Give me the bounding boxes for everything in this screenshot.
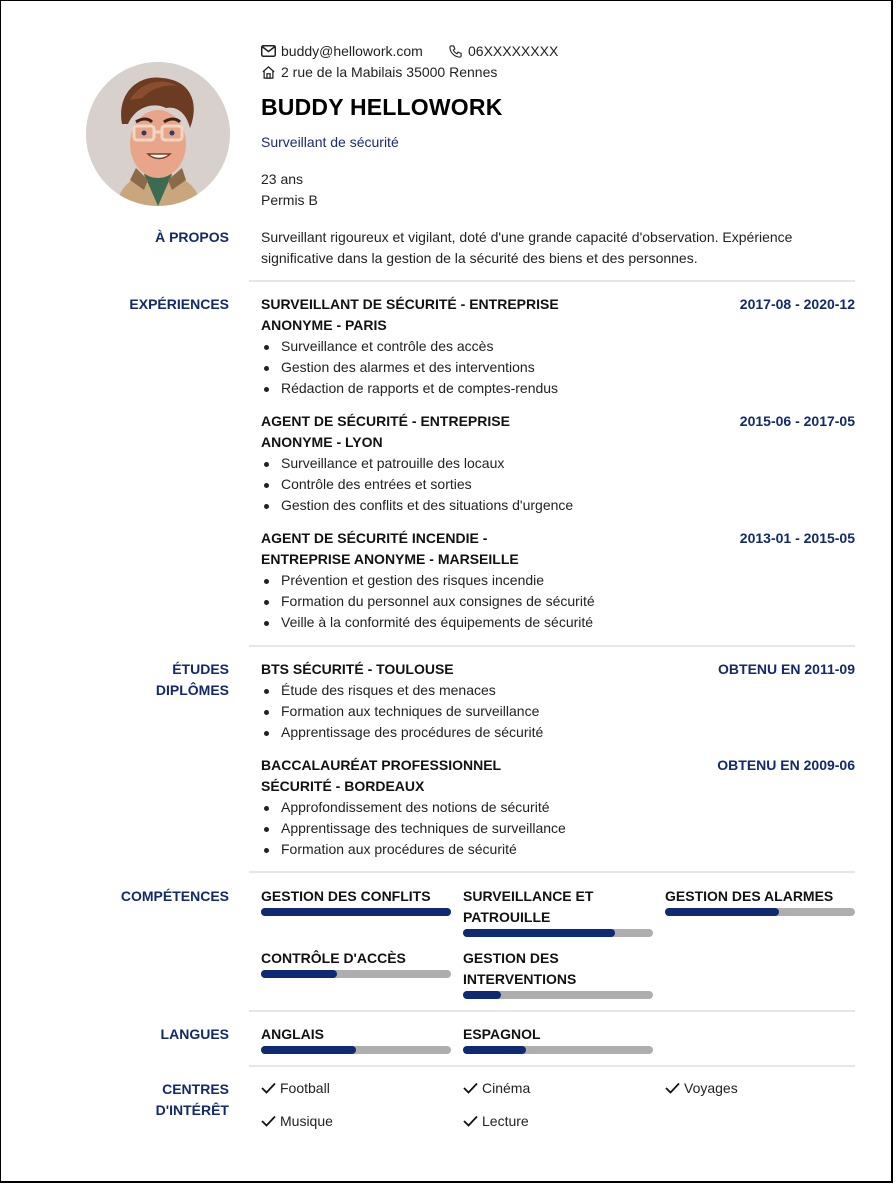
divider bbox=[249, 871, 855, 873]
entry-title-line: ANONYME - PARIS bbox=[261, 315, 591, 336]
label-line: D'INTÉRÊT bbox=[156, 1100, 229, 1121]
bullet-item: Apprentissage des techniques de surveill… bbox=[261, 818, 566, 839]
age: 23 ans bbox=[261, 171, 303, 187]
language-level-bar bbox=[463, 1046, 653, 1054]
entry-dates: 2015-06 - 2017-05 bbox=[740, 411, 855, 432]
interest-item: Voyages bbox=[665, 1080, 738, 1096]
skill-name: PATROUILLE bbox=[463, 907, 653, 928]
check-icon bbox=[463, 1082, 478, 1094]
skill-item: GESTION DES ALARMES bbox=[665, 886, 855, 916]
bullet-list: Surveillance et patrouille des locauxCon… bbox=[261, 453, 573, 516]
language-level-bar bbox=[261, 1046, 451, 1054]
skill-name: CONTRÔLE D'ACCÈS bbox=[261, 948, 451, 969]
language-item: ESPAGNOL bbox=[463, 1024, 653, 1054]
skill-item: CONTRÔLE D'ACCÈS bbox=[261, 948, 451, 978]
skill-name: GESTION DES ALARMES bbox=[665, 886, 855, 907]
bullet-item: Formation aux procédures de sécurité bbox=[261, 839, 566, 860]
label-line: ÉTUDES bbox=[156, 659, 229, 680]
language-name: ESPAGNOL bbox=[463, 1024, 653, 1045]
entry-dates: OBTENU EN 2011-09 bbox=[718, 659, 855, 680]
address-text: 2 rue de la Mabilais 35000 Rennes bbox=[281, 64, 497, 80]
driving-license: Permis B bbox=[261, 192, 318, 208]
skill-name: GESTION DES bbox=[463, 948, 653, 969]
phone-icon bbox=[448, 44, 463, 59]
entry-title: BACCALAURÉAT PROFESSIONNELSÉCURITÉ - BOR… bbox=[261, 755, 591, 797]
skill-item: GESTION DESINTERVENTIONS bbox=[463, 948, 653, 999]
entry-title-line: ENTREPRISE ANONYME - MARSEILLE bbox=[261, 549, 591, 570]
interest-label: Musique bbox=[280, 1113, 333, 1129]
section-label-about: À PROPOS bbox=[155, 227, 229, 248]
email-text: buddy@hellowork.com bbox=[281, 43, 423, 59]
avatar bbox=[86, 62, 230, 206]
skill-level-fill bbox=[261, 908, 451, 916]
divider bbox=[249, 1065, 855, 1067]
resume-page: buddy@hellowork.com 06XXXXXXXX 2 rue de … bbox=[0, 0, 896, 1186]
skill-level-fill bbox=[463, 929, 615, 937]
section-label-interests: CENTRES D'INTÉRÊT bbox=[156, 1079, 229, 1121]
bullet-item: Approfondissement des notions de sécurit… bbox=[261, 797, 566, 818]
section-label-experiences: EXPÉRIENCES bbox=[129, 294, 229, 315]
entry-dates: 2017-08 - 2020-12 bbox=[740, 294, 855, 315]
home-icon bbox=[261, 65, 276, 80]
entry-dates: OBTENU EN 2009-06 bbox=[717, 755, 855, 776]
bullet-item: Surveillance et contrôle des accès bbox=[261, 336, 558, 357]
bullet-item: Gestion des conflits et des situations d… bbox=[261, 495, 573, 516]
bullet-item: Apprentissage des procédures de sécurité bbox=[261, 722, 543, 743]
skill-name: INTERVENTIONS bbox=[463, 969, 653, 990]
interest-label: Voyages bbox=[684, 1080, 738, 1096]
section-label-skills: COMPÉTENCES bbox=[121, 886, 229, 907]
label-line: CENTRES bbox=[156, 1079, 229, 1100]
bullet-list: Approfondissement des notions de sécurit… bbox=[261, 797, 566, 860]
skill-level-bar bbox=[463, 929, 653, 937]
bullet-item: Gestion des alarmes et des interventions bbox=[261, 357, 558, 378]
bullet-list: Étude des risques et des menacesFormatio… bbox=[261, 680, 543, 743]
bullet-item: Formation aux techniques de surveillance bbox=[261, 701, 543, 722]
section-label-education: ÉTUDES DIPLÔMES bbox=[156, 659, 229, 701]
skill-level-fill bbox=[261, 970, 337, 978]
phone-text: 06XXXXXXXX bbox=[468, 43, 558, 59]
interest-item: Football bbox=[261, 1080, 330, 1096]
check-icon bbox=[261, 1082, 276, 1094]
skill-level-fill bbox=[665, 908, 779, 916]
language-name: ANGLAIS bbox=[261, 1024, 451, 1045]
interest-label: Football bbox=[280, 1080, 330, 1096]
envelope-icon bbox=[261, 45, 276, 57]
job-title: Surveillant de sécurité bbox=[261, 134, 399, 150]
entry-title-line: BACCALAURÉAT PROFESSIONNEL bbox=[261, 755, 591, 776]
section-label-languages: LANGUES bbox=[161, 1024, 229, 1045]
about-text: Surveillant rigoureux et vigilant, doté … bbox=[261, 227, 851, 269]
language-item: ANGLAIS bbox=[261, 1024, 451, 1054]
bullet-item: Contrôle des entrées et sorties bbox=[261, 474, 573, 495]
entry-title-line: SURVEILLANT DE SÉCURITÉ - ENTREPRISE bbox=[261, 294, 591, 315]
entry-title-line: AGENT DE SÉCURITÉ INCENDIE - bbox=[261, 528, 591, 549]
skill-name: GESTION DES CONFLITS bbox=[261, 886, 451, 907]
skill-level-bar bbox=[463, 991, 653, 999]
skill-level-bar bbox=[261, 908, 451, 916]
email-contact[interactable]: buddy@hellowork.com bbox=[261, 43, 423, 59]
entry-title: AGENT DE SÉCURITÉ INCENDIE -ENTREPRISE A… bbox=[261, 528, 591, 570]
address-contact: 2 rue de la Mabilais 35000 Rennes bbox=[261, 64, 497, 80]
entry-title: BTS SÉCURITÉ - TOULOUSE bbox=[261, 659, 591, 680]
phone-contact[interactable]: 06XXXXXXXX bbox=[448, 43, 558, 59]
bullet-item: Veille à la conformité des équipements d… bbox=[261, 612, 595, 633]
skill-name: SURVEILLANCE ET bbox=[463, 886, 653, 907]
check-icon bbox=[463, 1115, 478, 1127]
entry-title-line: BTS SÉCURITÉ - TOULOUSE bbox=[261, 659, 591, 680]
divider bbox=[249, 280, 855, 282]
bullet-list: Surveillance et contrôle des accèsGestio… bbox=[261, 336, 558, 399]
bullet-item: Prévention et gestion des risques incend… bbox=[261, 570, 595, 591]
entry-title: SURVEILLANT DE SÉCURITÉ - ENTREPRISEANON… bbox=[261, 294, 591, 336]
language-level-fill bbox=[261, 1046, 356, 1054]
interest-label: Cinéma bbox=[482, 1080, 530, 1096]
label-line: DIPLÔMES bbox=[156, 680, 229, 701]
bullet-item: Étude des risques et des menaces bbox=[261, 680, 543, 701]
check-icon bbox=[261, 1115, 276, 1127]
language-level-fill bbox=[463, 1046, 526, 1054]
candidate-name: BUDDY HELLOWORK bbox=[261, 94, 503, 121]
skill-level-bar bbox=[665, 908, 855, 916]
skill-item: SURVEILLANCE ETPATROUILLE bbox=[463, 886, 653, 937]
bullet-list: Prévention et gestion des risques incend… bbox=[261, 570, 595, 633]
skill-level-bar bbox=[261, 970, 451, 978]
entry-title-line: ANONYME - LYON bbox=[261, 432, 591, 453]
bullet-item: Rédaction de rapports et de comptes-rend… bbox=[261, 378, 558, 399]
skill-item: GESTION DES CONFLITS bbox=[261, 886, 451, 916]
entry-title-line: AGENT DE SÉCURITÉ - ENTREPRISE bbox=[261, 411, 591, 432]
interest-item: Musique bbox=[261, 1113, 333, 1129]
interest-item: Lecture bbox=[463, 1113, 529, 1129]
divider bbox=[249, 1010, 855, 1012]
divider bbox=[249, 645, 855, 647]
skill-level-fill bbox=[463, 991, 501, 999]
interest-item: Cinéma bbox=[463, 1080, 530, 1096]
entry-dates: 2013-01 - 2015-05 bbox=[740, 528, 855, 549]
entry-title-line: SÉCURITÉ - BORDEAUX bbox=[261, 776, 591, 797]
interest-label: Lecture bbox=[482, 1113, 529, 1129]
bullet-item: Formation du personnel aux consignes de … bbox=[261, 591, 595, 612]
check-icon bbox=[665, 1082, 680, 1094]
entry-title: AGENT DE SÉCURITÉ - ENTREPRISEANONYME - … bbox=[261, 411, 591, 453]
bullet-item: Surveillance et patrouille des locaux bbox=[261, 453, 573, 474]
